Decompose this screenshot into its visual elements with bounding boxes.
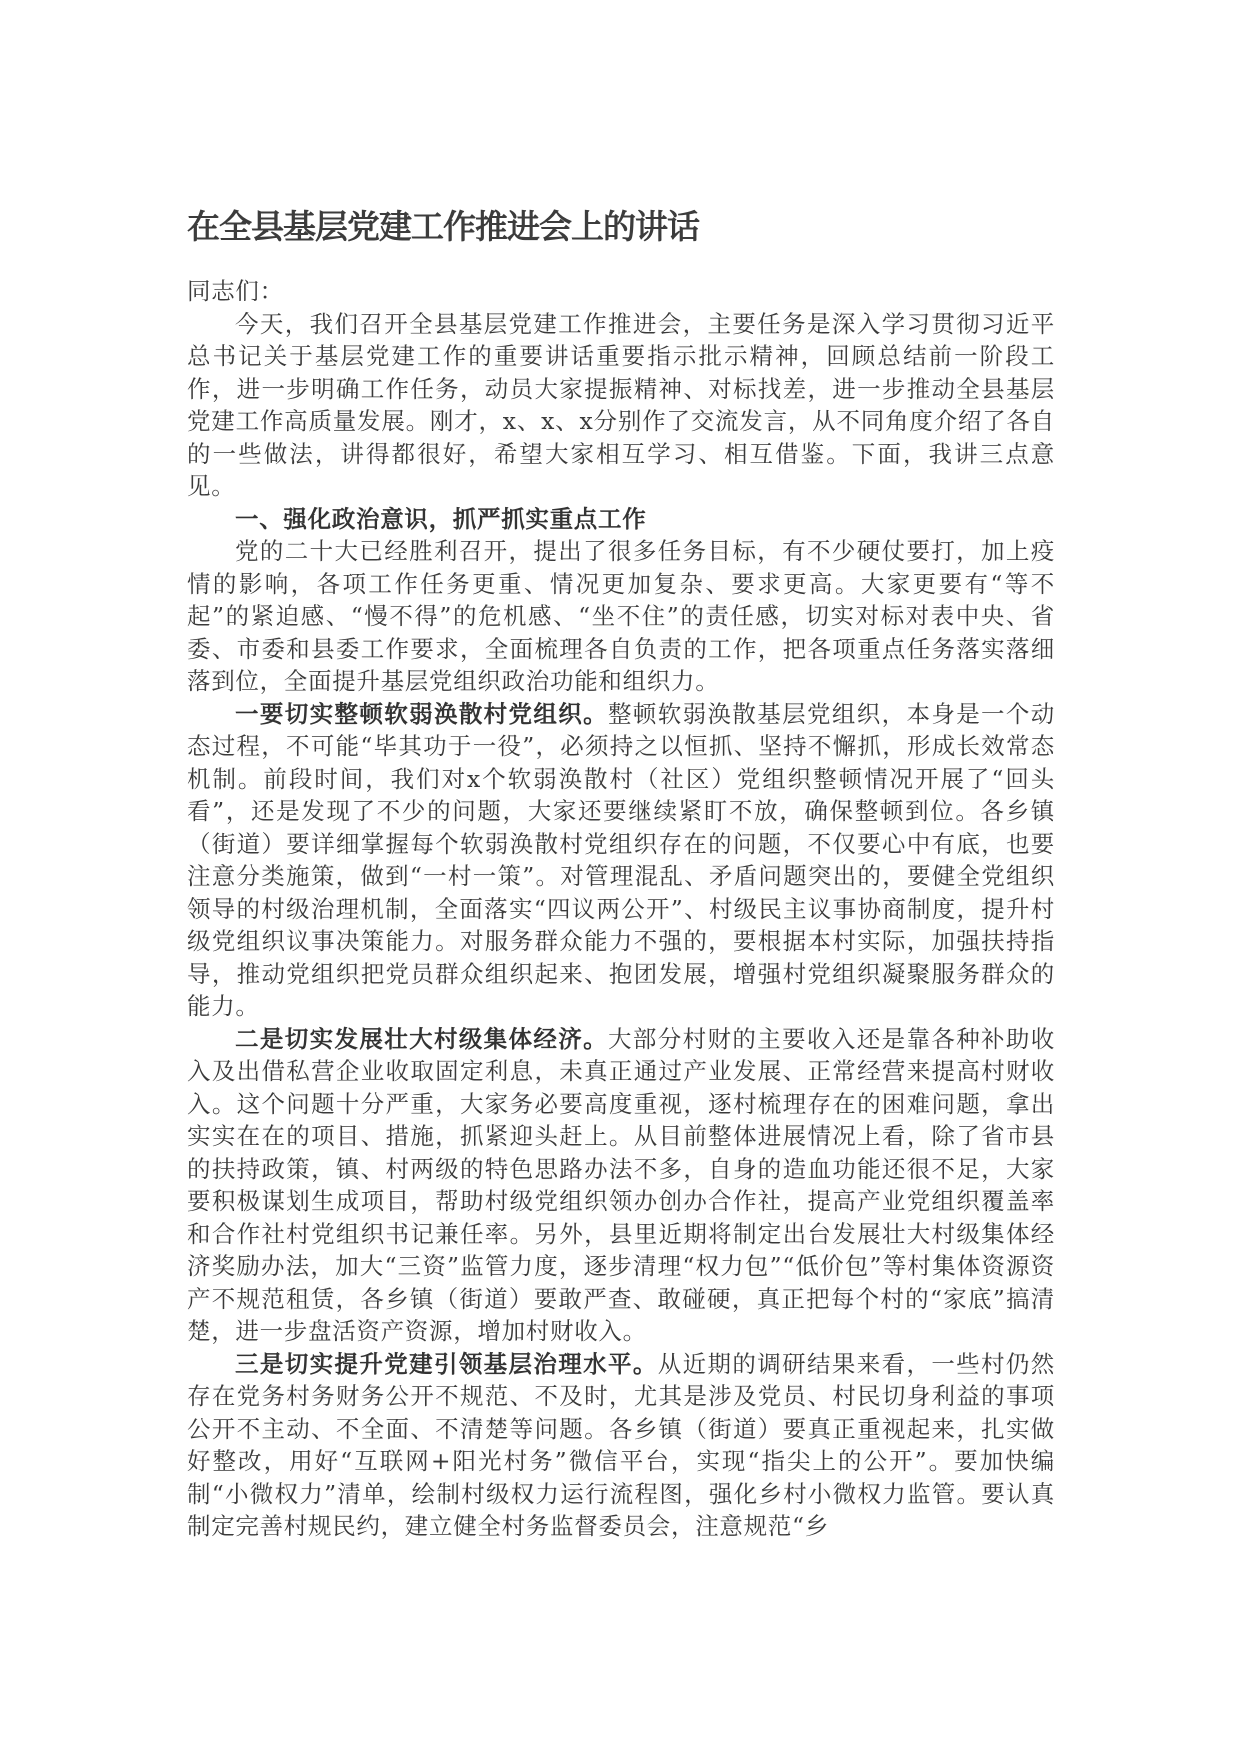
- section-1-intro-paragraph: 党的二十大已经胜利召开，提出了很多任务目标，有不少硬仗要打，加上疫情的影响，各项…: [187, 535, 1055, 698]
- point-text-1: 整顿软弱涣散基层党组织，本身是一个动态过程，不可能“毕其功于一役”，必须持之以恒…: [187, 700, 1055, 1021]
- point-lead-3: 三是切实提升党建引领基层治理水平。: [235, 1350, 658, 1378]
- point-lead-1: 一要切实整顿软弱涣散村党组织。: [235, 700, 608, 728]
- point-paragraph-3: 三是切实提升党建引领基层治理水平。从近期的调研结果来看，一些村仍然存在党务村务财…: [187, 1348, 1055, 1543]
- section-heading-1: 一、强化政治意识，抓严抓实重点工作: [187, 503, 1055, 536]
- point-paragraph-1: 一要切实整顿软弱涣散村党组织。整顿软弱涣散基层党组织，本身是一个动态过程，不可能…: [187, 698, 1055, 1023]
- point-text-2: 大部分村财的主要收入还是靠各种补助收入及出借私营企业收取固定利息，未真正通过产业…: [187, 1025, 1055, 1346]
- document-title: 在全县基层党建工作推进会上的讲话: [187, 205, 699, 249]
- document-body: 同志们： 今天，我们召开全县基层党建工作推进会，主要任务是深入学习贯彻习近平总书…: [187, 275, 1055, 1543]
- point-text-3: 从近期的调研结果来看，一些村仍然存在党务村务财务公开不规范、不及时，尤其是涉及党…: [187, 1350, 1055, 1541]
- salutation: 同志们：: [187, 275, 1055, 308]
- point-lead-2: 二是切实发展壮大村级集体经济。: [235, 1025, 608, 1053]
- point-paragraph-2: 二是切实发展壮大村级集体经济。大部分村财的主要收入还是靠各种补助收入及出借私营企…: [187, 1023, 1055, 1348]
- intro-paragraph: 今天，我们召开全县基层党建工作推进会，主要任务是深入学习贯彻习近平总书记关于基层…: [187, 308, 1055, 503]
